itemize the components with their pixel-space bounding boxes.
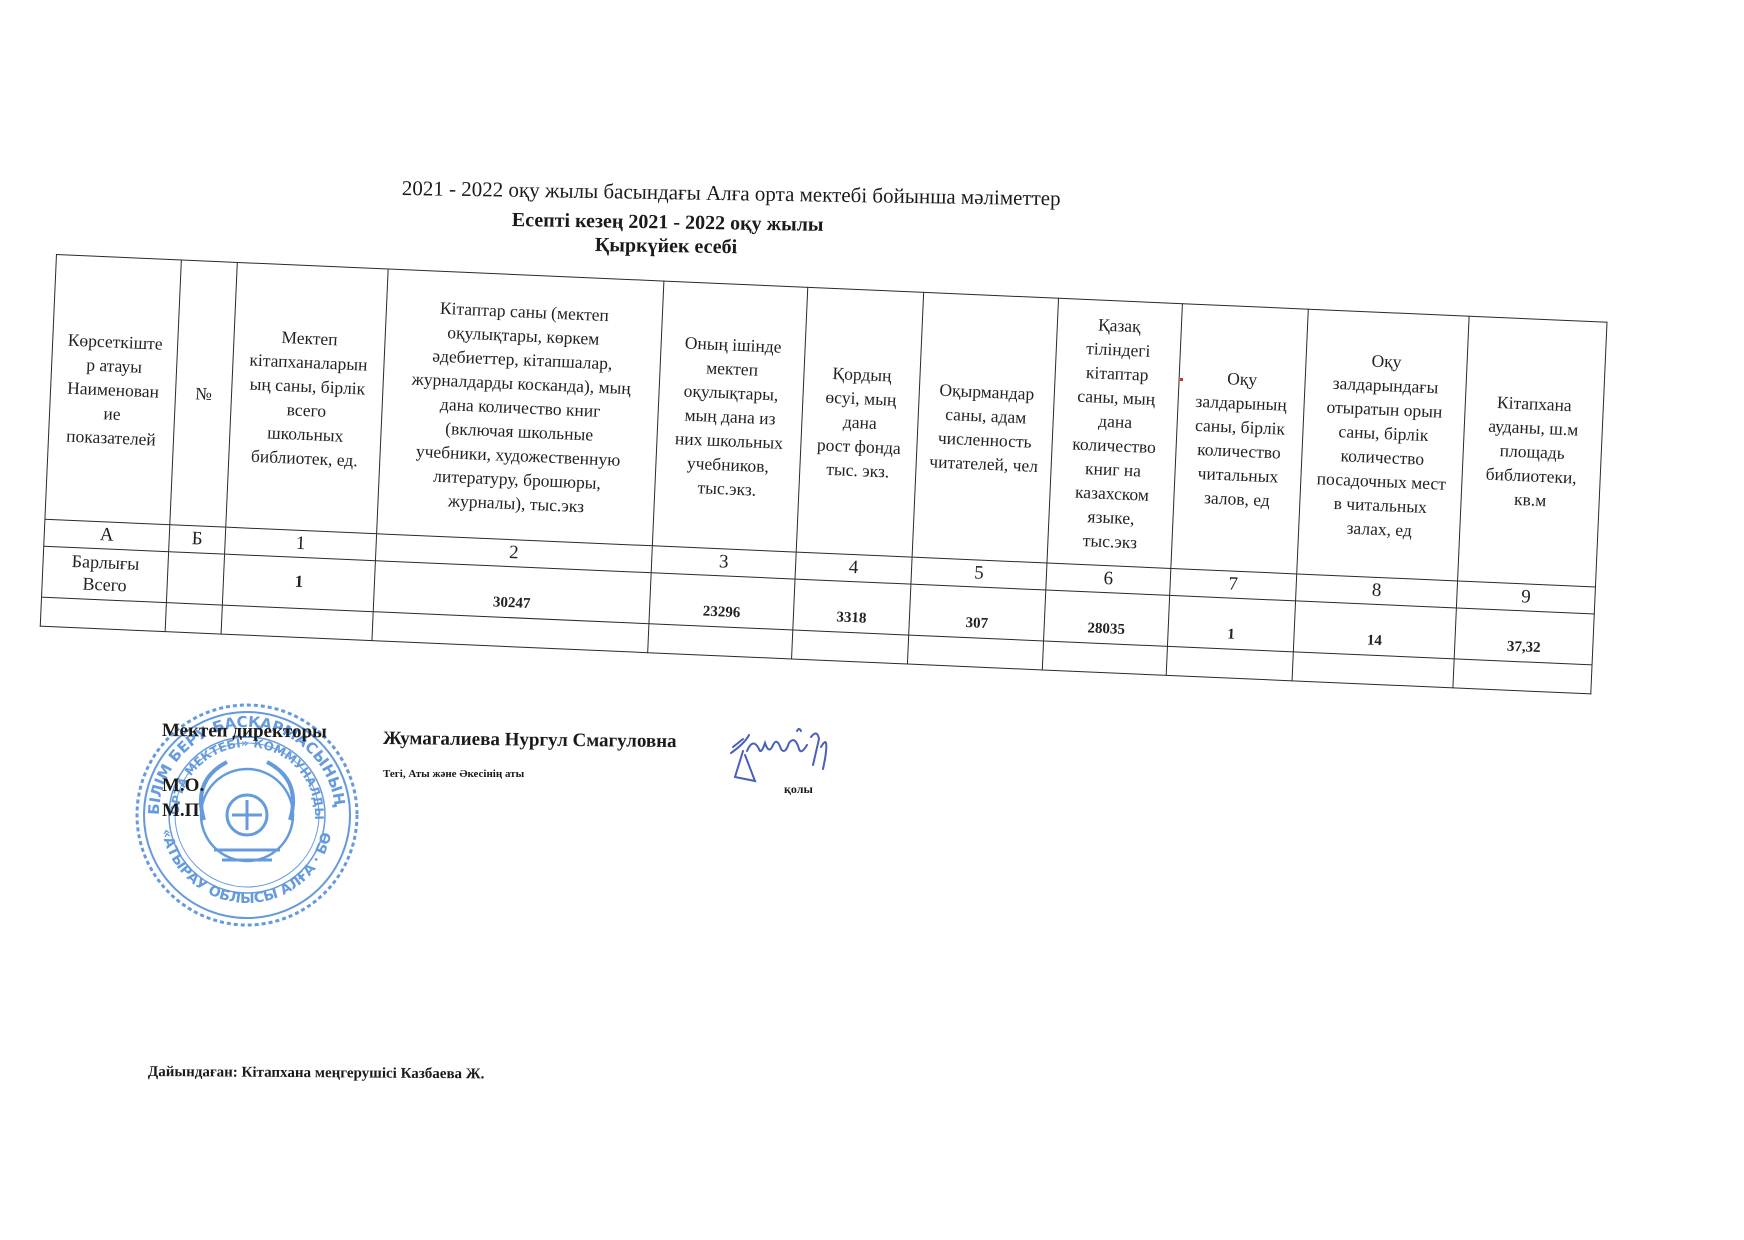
document-title: 2021 - 2022 оқу жылы басындағы Алға орта… [402,176,1061,211]
column-header-line: Оқырмандар [939,380,1035,404]
column-header-line: показателей [66,426,156,450]
column-header-line: количество [1197,439,1281,463]
total-label-cell: БарлығыВсего [42,546,169,602]
column-header-line: тыс.экз. [697,477,756,500]
column-header-cell: Мектепкітапханаларының саны, бірліквсего… [226,262,388,533]
column-header-line: залдарының [1195,391,1287,415]
column-header-line: читателей, чел [929,451,1038,476]
column-header-line: ың саны, бірлік [249,374,365,399]
column-header-line: языке, [1087,506,1135,528]
column-header-line: книг на [1085,458,1142,480]
column-header-cell: Көрсеткіштер атауыНаименованиепоказателе… [45,255,181,525]
report-table: Көрсеткіштер атауыНаименованиепоказателе… [40,254,1608,694]
column-header-line: всего [286,399,326,421]
column-header-line: школьных [267,422,344,445]
name-caption: Тегі, Аты және Әкесінің аты [383,768,524,780]
column-header-line: Кітаптар саны (мектеп [440,298,610,325]
total-value-cell: 23296 [649,573,795,630]
column-header-line: саны, бірлік [1195,415,1286,439]
column-header-line: залдарындағы [1332,373,1438,398]
empty-cell [1166,646,1293,680]
column-header-line: тыс. экз. [826,459,890,482]
total-value-cell: 307 [909,584,1046,641]
total-value-cell: 1 [222,554,375,612]
column-header-line: количество [1072,434,1156,458]
column-header-line: оқулықтары, көркем [447,322,600,349]
column-header-line: Кітапхана [1497,392,1573,415]
column-header-line: Наименован [67,378,160,402]
empty-cell [648,624,793,659]
column-code-cell: Б [169,525,226,554]
column-header-line: кв.м [1514,489,1547,510]
column-header-line: залов, ед [1204,487,1271,510]
column-header-cell: Оқузалдарыныңсаны, бірлікколичествочитал… [1171,304,1308,574]
total-label-line: Всего [82,573,127,595]
column-header-line: журналы), тыс.экз [448,490,585,516]
empty-cell [1042,641,1167,675]
column-header-line: Қордың [832,363,892,386]
column-header-cell: Кітаптар саны (мектепоқулықтары, көркемә… [377,269,664,546]
column-header-line: кітаптар [1086,362,1149,385]
handwritten-signature-icon [725,725,855,790]
column-header-line: залах, ед [1346,518,1412,541]
column-header-line: әдебиеттер, кітапшалар, [432,346,613,374]
column-header-line: Қазақ [1098,315,1141,337]
column-header-line: тіліндегі [1086,338,1151,361]
column-header-line: читальных [1197,463,1278,486]
empty-cell [165,603,222,634]
column-header-line: ие [103,403,121,424]
column-header-cell: Кітапханаауданы, ш.мплощадьбиблиотеки,кв… [1458,316,1607,587]
column-header-line: өсуі, мың [825,387,897,410]
empty-cell [907,635,1043,670]
empty-cell [1453,659,1592,694]
red-dot-mark [1180,378,1183,381]
column-header-line: учебников, [687,453,770,477]
column-header-line: (включая школьные [445,418,594,444]
column-header-line: посадочных мест [1316,468,1446,494]
empty-cell [1292,652,1454,688]
director-name: Жумагалиева Нургул Смагуловна [383,728,677,753]
director-role-label: Мектеп директоры [162,720,327,743]
column-header-line: в читальных [1333,493,1427,517]
column-header-line: мектеп [706,357,759,379]
column-header-cell: Оқузалдарындағыотыратын орынсаны, бірлік… [1297,309,1469,581]
column-header-line: № [195,383,213,404]
column-header-line: дана [843,411,878,432]
total-number-cell [166,552,224,605]
empty-cell [792,630,909,664]
column-header-line: литературу, брошюры, [433,466,602,493]
column-header-line: Оқу [1227,368,1258,389]
column-header-line: отыратын орын [1326,397,1443,422]
column-header-line: Оқу [1371,350,1402,371]
column-header-line: библиотеки, [1485,464,1577,488]
column-header-line: казахском [1075,482,1150,505]
column-header-line: оқулықтары, [683,381,779,405]
column-header-line: дана количество книг [440,394,601,421]
column-header-line: мың дана из [684,405,776,429]
column-header-cell: Оның ішіндемектепоқулықтары,мың дана изн… [652,281,807,552]
column-header-cell: Оқырмандарсаны, адамчисленностьчитателей… [912,292,1058,563]
column-header-line: них школьных [675,428,784,453]
total-value-cell: 37,32 [1454,608,1594,665]
column-header-line: кітапханаларын [249,350,368,375]
column-header-line: площадь [1499,440,1565,463]
column-header-line: Оның ішінде [684,333,782,357]
total-value-cell: 14 [1293,601,1456,659]
column-header-line: р атауы [86,354,143,376]
total-label-line: Барлығы [71,551,139,574]
column-header-line: рост фонда [817,434,902,458]
column-header-line: ауданы, ш.м [1488,416,1579,440]
prepared-by: Дайындаған: Кітапхана меңгерушісі Казбае… [148,1064,485,1083]
column-header-line: дана [1098,411,1133,432]
report-period: Есепті кезең 2021 - 2022 оқу жылы [512,209,824,237]
stamp-place-ru: М.П [162,800,199,822]
total-value-cell: 3318 [793,579,911,635]
report-month: Қыркүйек есебі [595,234,738,259]
column-header-line: Көрсеткіште [67,330,163,354]
column-header-line: библиотек, ед. [251,446,359,471]
empty-cell [40,597,166,631]
column-header-cell: Қордыңөсуі, мыңданарост фондатыс. экз. [796,287,923,557]
total-value-cell: 1 [1167,595,1295,651]
column-header-line: саны, мың [1077,386,1156,409]
column-header-line: Мектеп [281,327,338,349]
column-header-line: количество [1340,445,1424,469]
stamp-place-kz: М.О. [162,775,204,797]
column-header-line: саны, адам [945,404,1027,428]
column-header-line: саны, бірлік [1338,421,1429,445]
total-value-cell: 28035 [1044,590,1170,646]
empty-cell [221,605,373,641]
report-table-container: Көрсеткіштер атауыНаименованиепоказателе… [40,254,1608,694]
column-header-line: численность [938,428,1033,452]
column-header-line: тыс.экз [1082,530,1137,552]
column-header-cell: Қазақтіліндегікітаптарсаны, мыңданаколич… [1047,298,1182,568]
signature-caption: қолы [784,782,813,797]
